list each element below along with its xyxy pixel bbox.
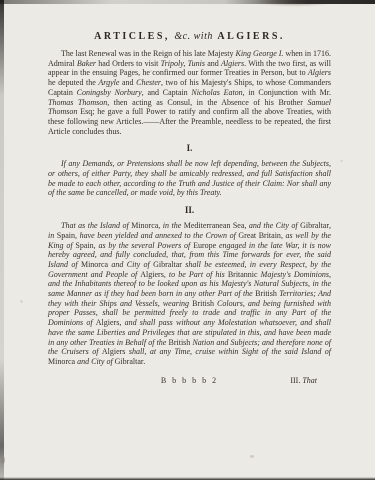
article-1-heading: I. [48, 143, 331, 153]
title-algiers: ALGIERS. [217, 31, 285, 42]
scan-smudge [255, 0, 335, 6]
article-1-body: If any Demands, or Pretensions shall be … [48, 159, 331, 198]
article-2-heading: II. [48, 205, 331, 215]
page-title: ARTICLES, &c. with ALGIERS. [48, 31, 331, 42]
scanned-book-page: ARTICLES, &c. with ALGIERS. The last Ren… [0, 0, 375, 480]
intro-paragraph: The last Renewal was in the Reign of his… [48, 49, 331, 136]
paper-speck [1, 456, 5, 464]
paper-speck [250, 455, 254, 458]
page-footer-row: B b b b b 2 III. That [48, 376, 331, 388]
title-etc-with: &c. with [172, 31, 214, 42]
scan-edge-left [0, 0, 4, 480]
catchword: III. That [290, 376, 317, 386]
paper-speck [20, 300, 23, 303]
paper-speck [340, 160, 343, 162]
page-text-block: ARTICLES, &c. with ALGIERS. The last Ren… [48, 31, 331, 388]
title-articles: ARTICLES, [94, 31, 170, 42]
signature-mark: B b b b b 2 [161, 376, 218, 385]
article-2-body: That as the Island of Minorca, in the Me… [48, 221, 331, 367]
